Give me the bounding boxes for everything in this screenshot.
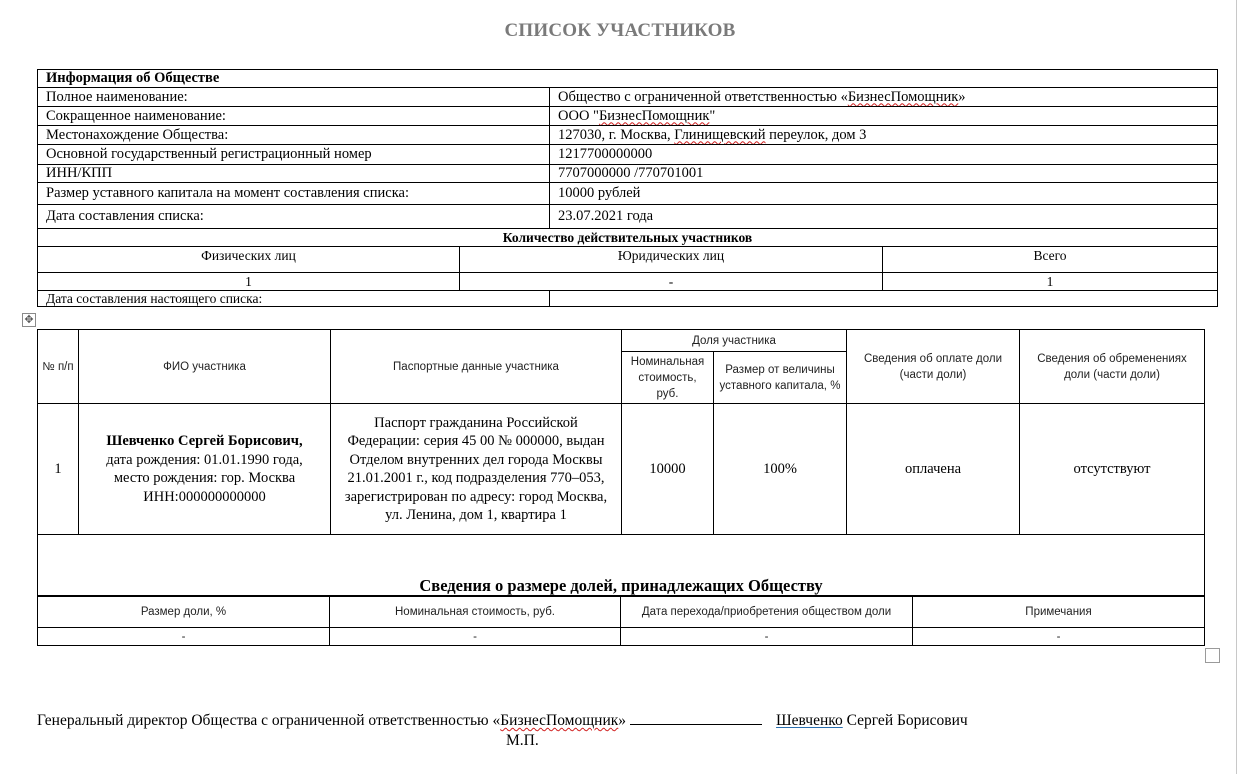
signatory-given-names: Сергей Борисович bbox=[843, 712, 968, 729]
participant-birth-place: место рождения: гор. Москва bbox=[83, 469, 326, 488]
participant-payment[interactable]: оплачена bbox=[847, 404, 1020, 535]
info-label: Местонахождение Общества: bbox=[38, 126, 550, 145]
page-edge bbox=[1236, 0, 1237, 774]
info-label: Сокращенное наименование: bbox=[38, 107, 550, 126]
info-value[interactable]: 10000 рублей bbox=[550, 183, 1218, 205]
info-value[interactable]: 1217700000000 bbox=[550, 145, 1218, 165]
shares-value-notes[interactable]: - bbox=[913, 628, 1205, 646]
shares-header-notes: Примечания bbox=[913, 596, 1205, 628]
counts-col-legal: Юридических лиц bbox=[460, 247, 883, 273]
company-shares-section-title: Сведения о размере долей, принадлежащих … bbox=[38, 535, 1205, 597]
header-encumbrance: Сведения об обременениях доли (части дол… bbox=[1020, 330, 1205, 404]
info-label: Основной государственный регистрационный… bbox=[38, 145, 550, 165]
shares-header-size: Размер доли, % bbox=[38, 596, 330, 628]
counts-header-row: Физических лиц Юридических лиц Всего bbox=[38, 247, 1218, 273]
info-row: Основной государственный регистрационный… bbox=[38, 145, 1218, 165]
spellcheck-word[interactable]: БизнесПомощник bbox=[500, 712, 618, 729]
shares-header-nominal: Номинальная стоимость, руб. bbox=[330, 596, 621, 628]
info-value[interactable]: 23.07.2021 года bbox=[550, 205, 1218, 229]
info-row: Размер уставного капитала на момент сост… bbox=[38, 183, 1218, 205]
info-value[interactable]: 7707000000 /770701001 bbox=[550, 165, 1218, 183]
counts-values-row: 1 - 1 bbox=[38, 273, 1218, 291]
document-title: СПИСОК УЧАСТНИКОВ bbox=[0, 20, 1240, 42]
signature-blank[interactable] bbox=[630, 710, 762, 725]
info-label: Размер уставного капитала на момент сост… bbox=[38, 183, 550, 205]
counts-value-total[interactable]: 1 bbox=[883, 273, 1218, 291]
participant-num[interactable]: 1 bbox=[38, 404, 79, 535]
info-value[interactable]: ООО "БизнесПомощник" bbox=[550, 107, 1218, 126]
participant-percent[interactable]: 100% bbox=[714, 404, 847, 535]
participant-inn: ИНН:000000000000 bbox=[83, 488, 326, 507]
table-row: 1 Шевченко Сергей Борисович, дата рожден… bbox=[38, 404, 1205, 535]
header-nominal: Номинальная стоимость, руб. bbox=[622, 352, 714, 404]
header-share-group: Доля участника bbox=[622, 330, 847, 352]
info-label: Полное наименование: bbox=[38, 88, 550, 107]
info-row: Полное наименование: Общество с ограниче… bbox=[38, 88, 1218, 107]
section-title-wrap: Участники – физические лица: bbox=[38, 329, 1205, 330]
info-label: ИНН/КПП bbox=[38, 165, 550, 183]
header-passport: Паспортные данные участника bbox=[331, 330, 622, 404]
participant-birth-date: дата рождения: 01.01.1990 года, bbox=[83, 451, 326, 470]
header-percent: Размер от величины уставного капитала, % bbox=[714, 352, 847, 404]
info-row: Дата составления списка: 23.07.2021 года bbox=[38, 205, 1218, 229]
shares-value-date[interactable]: - bbox=[621, 628, 913, 646]
info-value[interactable]: 127030, г. Москва, Глинищевский переулок… bbox=[550, 126, 1218, 145]
company-info-table: Информация об Обществе Полное наименован… bbox=[37, 69, 1218, 307]
counts-col-total: Всего bbox=[883, 247, 1218, 273]
participants-table: Участники – физические лица: № п/п ФИО у… bbox=[37, 329, 1205, 597]
info-row: ИНН/КПП 7707000000 /770701001 bbox=[38, 165, 1218, 183]
spellcheck-word[interactable]: Глинищевский bbox=[674, 127, 765, 143]
company-info-header: Информация об Обществе bbox=[38, 70, 1218, 88]
spellcheck-word[interactable]: БизнесПомощник bbox=[848, 89, 958, 105]
spellcheck-word[interactable]: БизнесПомощник bbox=[599, 108, 709, 124]
participant-nominal[interactable]: 10000 bbox=[622, 404, 714, 535]
info-value[interactable]: Общество с ограниченной ответственностью… bbox=[550, 88, 1218, 107]
info-row: Местонахождение Общества: 127030, г. Мос… bbox=[38, 126, 1218, 145]
signatory-position: Генеральный директор Общества с ограниче… bbox=[37, 712, 500, 729]
counts-col-individuals: Физических лиц bbox=[38, 247, 460, 273]
participant-name: Шевченко Сергей Борисович, bbox=[83, 432, 326, 451]
shares-header-date: Дата перехода/приобретения обществом дол… bbox=[621, 596, 913, 628]
participant-encumbrance[interactable]: отсутствуют bbox=[1020, 404, 1205, 535]
shares-value-nominal[interactable]: - bbox=[330, 628, 621, 646]
current-list-date-label: Дата составления настоящего списка: bbox=[38, 291, 550, 307]
table-move-handle-icon[interactable]: ✥ bbox=[22, 313, 36, 327]
counts-value-individuals[interactable]: 1 bbox=[38, 273, 460, 291]
header-num: № п/п bbox=[38, 330, 79, 404]
shares-value-size[interactable]: - bbox=[38, 628, 330, 646]
info-label: Дата составления списка: bbox=[38, 205, 550, 229]
counts-value-legal[interactable]: - bbox=[460, 273, 883, 291]
participant-passport[interactable]: Паспорт гражданина Российской Федерации:… bbox=[331, 404, 622, 535]
table-row: - - - - bbox=[38, 628, 1205, 646]
company-shares-table: Размер доли, % Номинальная стоимость, ру… bbox=[37, 595, 1205, 646]
header-payment: Сведения об оплате доли (части доли) bbox=[847, 330, 1020, 404]
counts-header: Количество действительных участников bbox=[38, 229, 1218, 247]
table-resize-handle-icon[interactable] bbox=[1205, 648, 1220, 663]
current-list-date-row: Дата составления настоящего списка: bbox=[38, 291, 1218, 307]
info-row: Сокращенное наименование: ООО "БизнесПом… bbox=[38, 107, 1218, 126]
header-name: ФИО участника bbox=[79, 330, 331, 404]
participant-name-cell[interactable]: Шевченко Сергей Борисович, дата рождения… bbox=[79, 404, 331, 535]
stamp-placeholder: М.П. bbox=[506, 732, 539, 750]
signatory-surname[interactable]: Шевченко bbox=[762, 712, 843, 729]
signature-line: Генеральный директор Общества с ограниче… bbox=[37, 710, 968, 730]
current-list-date-value[interactable] bbox=[550, 291, 1218, 307]
